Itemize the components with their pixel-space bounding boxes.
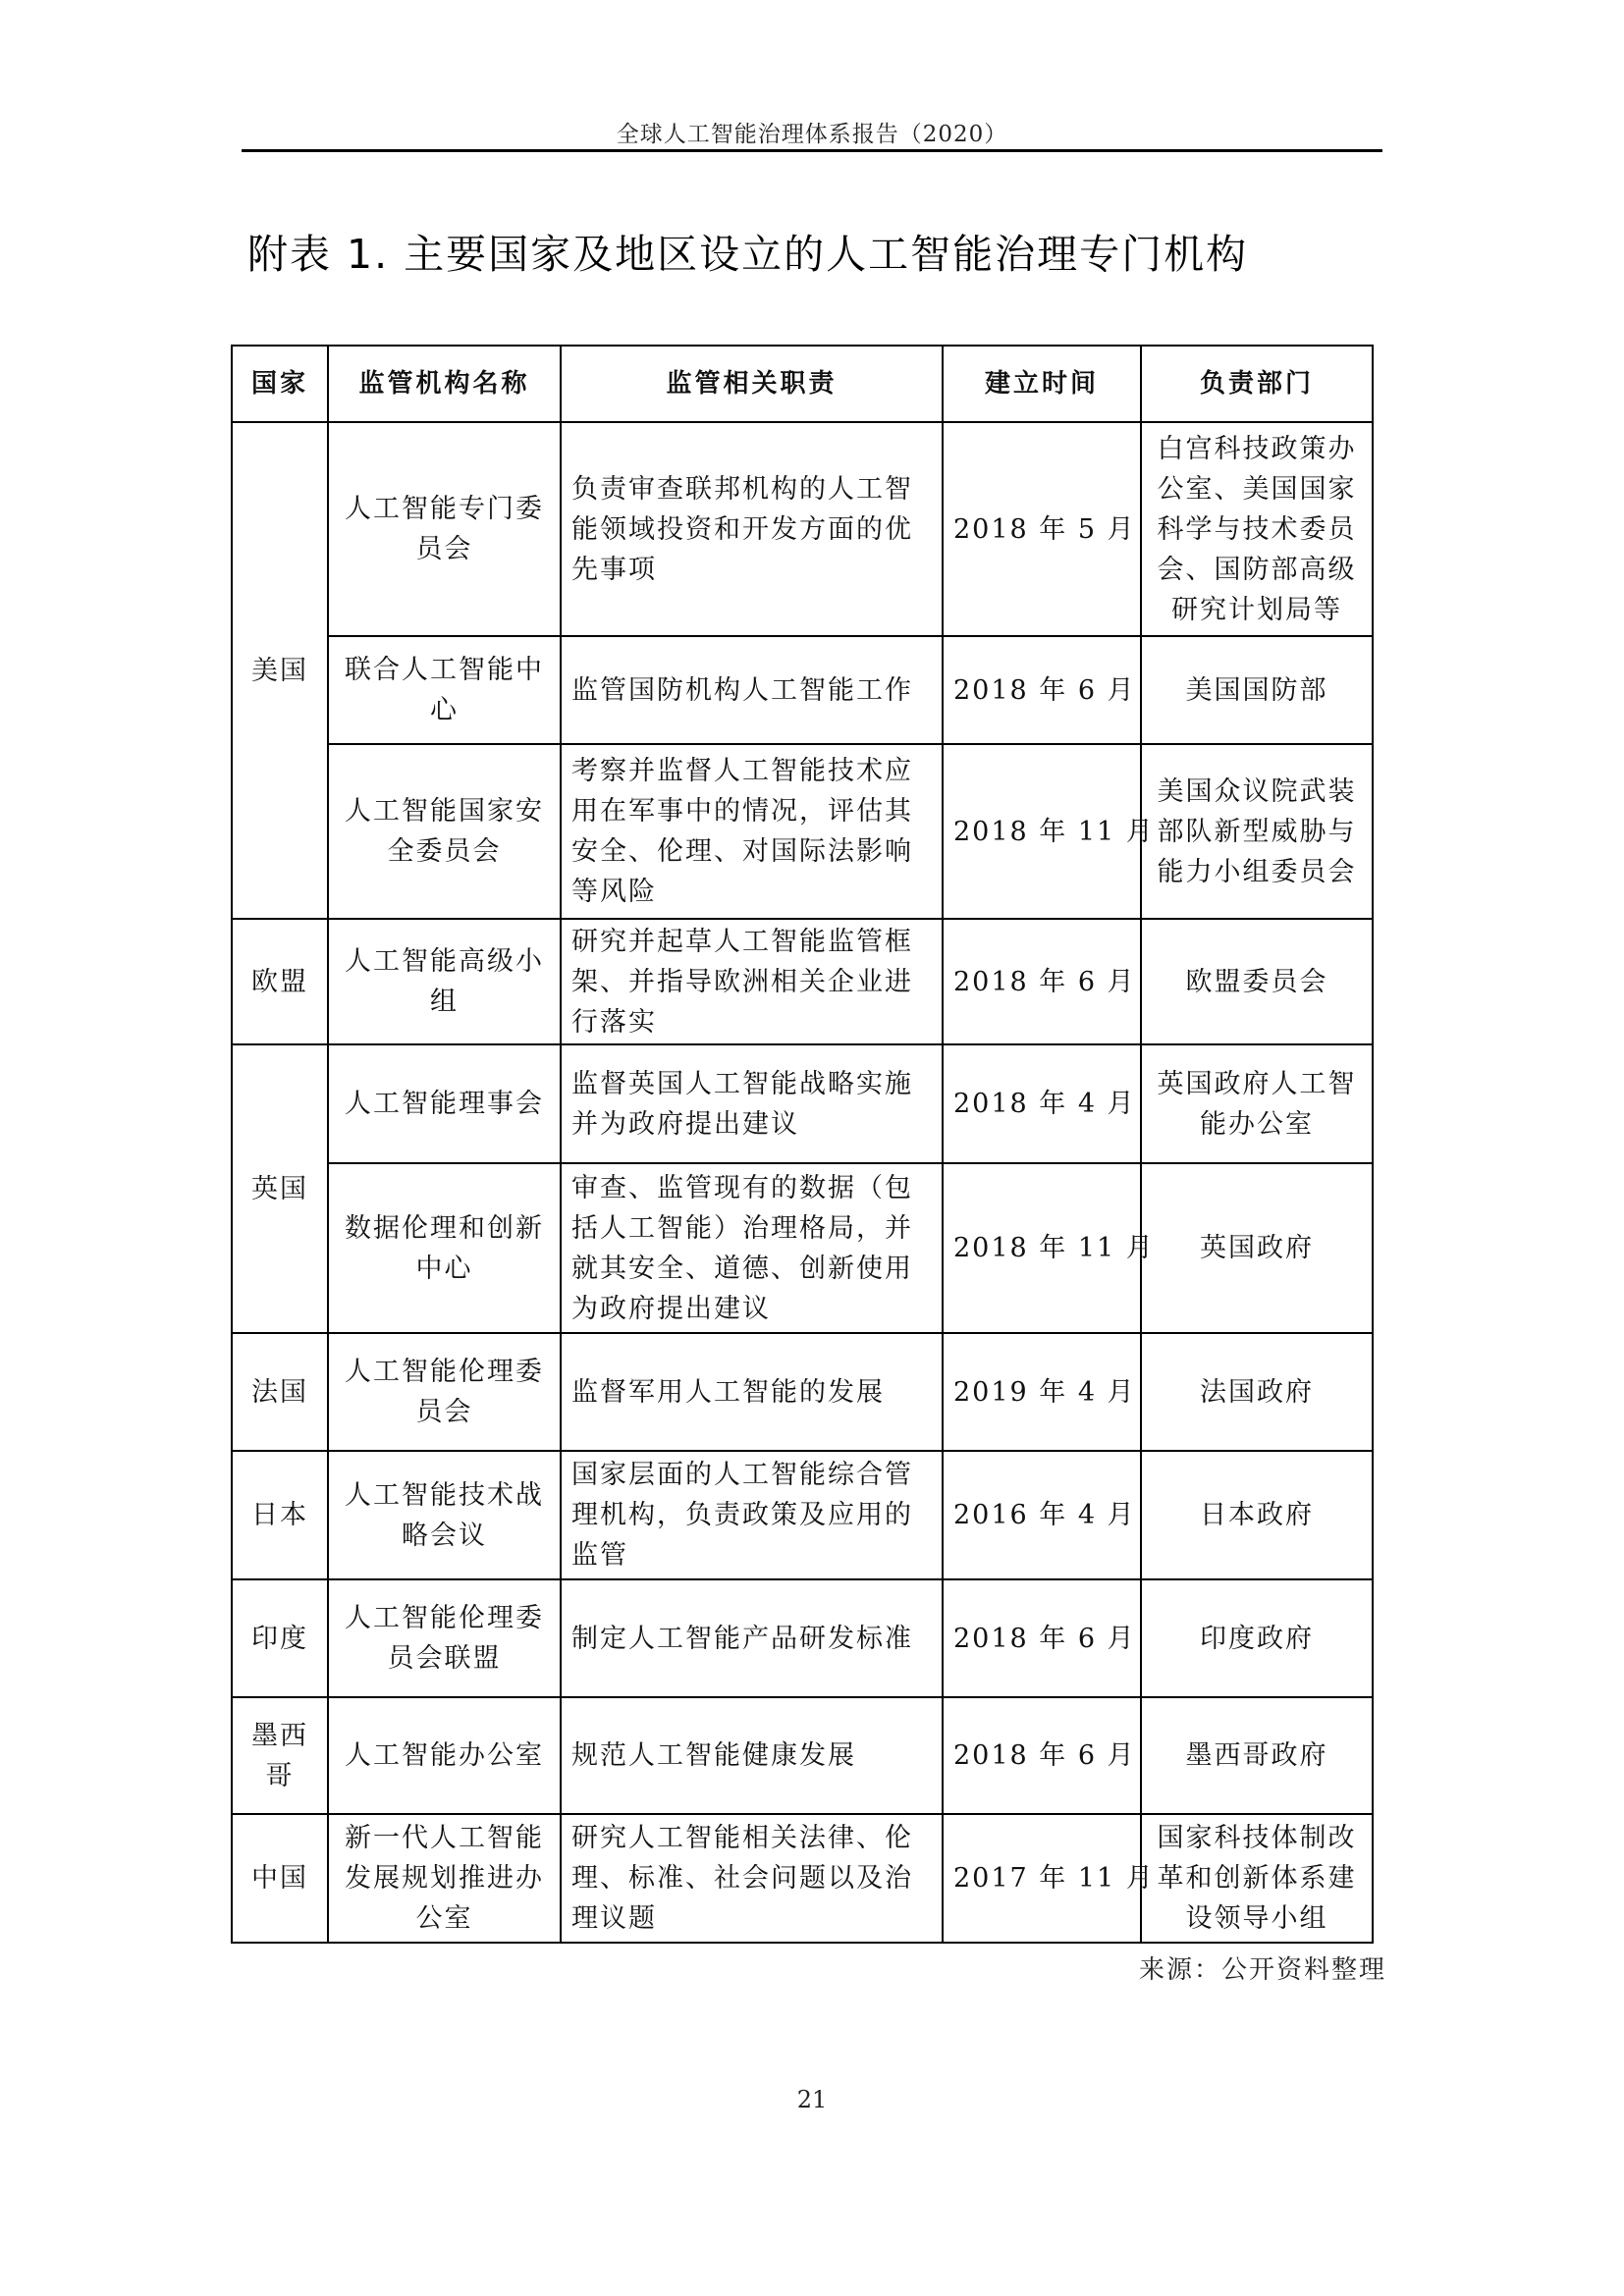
established-cell: 2018 年 6 月 bbox=[943, 919, 1141, 1044]
agency-name-cell: 新一代人工智能发展规划推进办公室 bbox=[328, 1814, 561, 1943]
responsibility-cell: 研究并起草人工智能监管框架、并指导欧洲相关企业进行落实 bbox=[561, 919, 943, 1044]
agency-name-cell: 人工智能办公室 bbox=[328, 1697, 561, 1814]
country-cell: 印度 bbox=[232, 1579, 328, 1697]
responsibility-cell: 负责审查联邦机构的人工智能领域投资和开发方面的优先事项 bbox=[561, 422, 943, 636]
table-row: 联合人工智能中心 监管国防机构人工智能工作 2018 年 6 月 美国国防部 bbox=[232, 636, 1373, 744]
responsibility-cell: 监督英国人工智能战略实施并为政府提出建议 bbox=[561, 1044, 943, 1163]
established-cell: 2018 年 4 月 bbox=[943, 1044, 1141, 1163]
col-header-responsibilities: 监管相关职责 bbox=[561, 346, 943, 422]
responsibility-cell: 研究人工智能相关法律、伦理、标准、社会问题以及治理议题 bbox=[561, 1814, 943, 1943]
country-cell: 英国 bbox=[232, 1044, 328, 1333]
agency-name-cell: 人工智能伦理委员会联盟 bbox=[328, 1579, 561, 1697]
department-cell: 欧盟委员会 bbox=[1141, 919, 1373, 1044]
country-cell: 墨西哥 bbox=[232, 1697, 328, 1814]
department-cell: 日本政府 bbox=[1141, 1451, 1373, 1579]
responsibility-cell: 规范人工智能健康发展 bbox=[561, 1697, 943, 1814]
table-row: 人工智能国家安全委员会 考察并监督人工智能技术应用在军事中的情况，评估其安全、伦… bbox=[232, 744, 1373, 919]
responsibility-cell: 监管国防机构人工智能工作 bbox=[561, 636, 943, 744]
governance-bodies-table: 国家 监管机构名称 监管相关职责 建立时间 负责部门 美国 人工智能专门委员会 … bbox=[231, 345, 1374, 1944]
page-number: 21 bbox=[0, 2086, 1624, 2113]
table-row: 数据伦理和创新中心 审查、监管现有的数据（包括人工智能）治理格局，并就其安全、道… bbox=[232, 1163, 1373, 1333]
responsibility-cell: 监督军用人工智能的发展 bbox=[561, 1333, 943, 1451]
agency-name-cell: 人工智能技术战略会议 bbox=[328, 1451, 561, 1579]
header-rule bbox=[242, 149, 1382, 152]
table-row: 英国 人工智能理事会 监督英国人工智能战略实施并为政府提出建议 2018 年 4… bbox=[232, 1044, 1373, 1163]
established-cell: 2018 年 11 月 bbox=[943, 744, 1141, 919]
department-cell: 白宫科技政策办公室、美国国家科学与技术委员会、国防部高级研究计划局等 bbox=[1141, 422, 1373, 636]
established-cell: 2018 年 6 月 bbox=[943, 1579, 1141, 1697]
established-cell: 2018 年 11 月 bbox=[943, 1163, 1141, 1333]
agency-name-cell: 人工智能国家安全委员会 bbox=[328, 744, 561, 919]
agency-name-cell: 人工智能高级小组 bbox=[328, 919, 561, 1044]
established-cell: 2016 年 4 月 bbox=[943, 1451, 1141, 1579]
established-cell: 2018 年 6 月 bbox=[943, 636, 1141, 744]
source-note: 来源：公开资料整理 bbox=[1139, 1949, 1386, 1986]
department-cell: 英国政府 bbox=[1141, 1163, 1373, 1333]
established-cell: 2018 年 5 月 bbox=[943, 422, 1141, 636]
agency-name-cell: 人工智能专门委员会 bbox=[328, 422, 561, 636]
country-cell: 欧盟 bbox=[232, 919, 328, 1044]
col-header-established: 建立时间 bbox=[943, 346, 1141, 422]
table-row: 法国 人工智能伦理委员会 监督军用人工智能的发展 2019 年 4 月 法国政府 bbox=[232, 1333, 1373, 1451]
department-cell: 美国国防部 bbox=[1141, 636, 1373, 744]
established-cell: 2018 年 6 月 bbox=[943, 1697, 1141, 1814]
department-cell: 国家科技体制改革和创新体系建设领导小组 bbox=[1141, 1814, 1373, 1943]
responsibility-cell: 国家层面的人工智能综合管理机构，负责政策及应用的监管 bbox=[561, 1451, 943, 1579]
table-row: 墨西哥 人工智能办公室 规范人工智能健康发展 2018 年 6 月 墨西哥政府 bbox=[232, 1697, 1373, 1814]
department-cell: 墨西哥政府 bbox=[1141, 1697, 1373, 1814]
department-cell: 美国众议院武装部队新型威胁与能力小组委员会 bbox=[1141, 744, 1373, 919]
responsibility-cell: 制定人工智能产品研发标准 bbox=[561, 1579, 943, 1697]
page-title: 附表 1. 主要国家及地区设立的人工智能治理专门机构 bbox=[247, 222, 1248, 280]
running-header: 全球人工智能治理体系报告（2020） bbox=[242, 116, 1382, 148]
country-cell: 美国 bbox=[232, 422, 328, 919]
department-cell: 法国政府 bbox=[1141, 1333, 1373, 1451]
table-row: 欧盟 人工智能高级小组 研究并起草人工智能监管框架、并指导欧洲相关企业进行落实 … bbox=[232, 919, 1373, 1044]
responsibility-cell: 考察并监督人工智能技术应用在军事中的情况，评估其安全、伦理、对国际法影响等风险 bbox=[561, 744, 943, 919]
established-cell: 2019 年 4 月 bbox=[943, 1333, 1141, 1451]
established-cell: 2017 年 11 月 bbox=[943, 1814, 1141, 1943]
col-header-department: 负责部门 bbox=[1141, 346, 1373, 422]
col-header-country: 国家 bbox=[232, 346, 328, 422]
agency-name-cell: 人工智能伦理委员会 bbox=[328, 1333, 561, 1451]
agency-name-cell: 人工智能理事会 bbox=[328, 1044, 561, 1163]
country-cell: 日本 bbox=[232, 1451, 328, 1579]
country-cell: 法国 bbox=[232, 1333, 328, 1451]
agency-name-cell: 数据伦理和创新中心 bbox=[328, 1163, 561, 1333]
table-header-row: 国家 监管机构名称 监管相关职责 建立时间 负责部门 bbox=[232, 346, 1373, 422]
table-row: 日本 人工智能技术战略会议 国家层面的人工智能综合管理机构，负责政策及应用的监管… bbox=[232, 1451, 1373, 1579]
table-row: 美国 人工智能专门委员会 负责审查联邦机构的人工智能领域投资和开发方面的优先事项… bbox=[232, 422, 1373, 636]
department-cell: 英国政府人工智能办公室 bbox=[1141, 1044, 1373, 1163]
table-row: 印度 人工智能伦理委员会联盟 制定人工智能产品研发标准 2018 年 6 月 印… bbox=[232, 1579, 1373, 1697]
department-cell: 印度政府 bbox=[1141, 1579, 1373, 1697]
agency-name-cell: 联合人工智能中心 bbox=[328, 636, 561, 744]
table-row: 中国 新一代人工智能发展规划推进办公室 研究人工智能相关法律、伦理、标准、社会问… bbox=[232, 1814, 1373, 1943]
col-header-agency-name: 监管机构名称 bbox=[328, 346, 561, 422]
responsibility-cell: 审查、监管现有的数据（包括人工智能）治理格局，并就其安全、道德、创新使用为政府提… bbox=[561, 1163, 943, 1333]
country-cell: 中国 bbox=[232, 1814, 328, 1943]
